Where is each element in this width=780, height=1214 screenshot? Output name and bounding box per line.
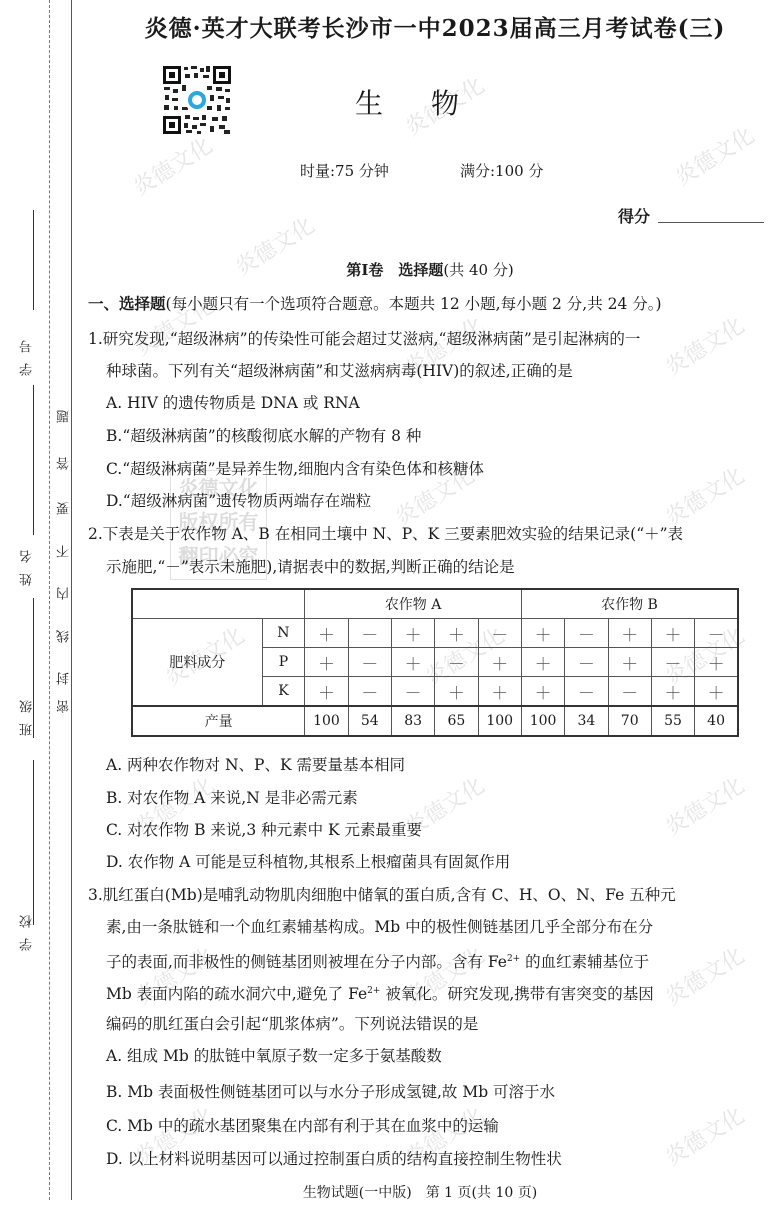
yield-cell: 54 — [348, 706, 391, 736]
school-label: 学校 — [18, 905, 37, 951]
fertilizer-group-label: 肥料成分 — [132, 619, 262, 707]
table-row-yield: 产量 100 54 83 65 100 100 34 70 55 40 — [132, 706, 738, 736]
table-cell: ＋ — [435, 677, 478, 707]
question-1-option-a[interactable]: A. HIV 的遗传物质是 DNA 或 RNA — [106, 393, 360, 413]
question-1-option-c[interactable]: C.“超级淋病菌”是异养生物,细胞内含有染色体和核糖体 — [106, 459, 484, 479]
question-number: 3. — [88, 886, 103, 904]
yield-cell: 34 — [565, 706, 608, 736]
ion-charge: 2+ — [367, 986, 380, 996]
seal-char: 内 — [55, 587, 74, 600]
seal-char: 要 — [55, 502, 74, 515]
question-stem-line: 研究发现,“超级淋病”的传染性可能会超过艾滋病,“超级淋病菌”是引起淋病的一 — [103, 330, 641, 348]
seal-char: 封 — [55, 672, 74, 685]
watermark: 炎德文化 — [658, 459, 749, 532]
seal-char: 线 — [55, 630, 74, 643]
table-cell: ＋ — [521, 648, 564, 677]
section-heading: 一、选择题 — [88, 294, 166, 313]
question-3-stem-cont: 素,由一条肽链和一个血红素辅基构成。Mb 中的极性侧链基团几乎全部分布在分 — [106, 917, 653, 937]
question-3-option-c[interactable]: C. Mb 中的疏水基团聚集在内部有利于其在血浆中的运输 — [106, 1116, 499, 1136]
exam-title: 炎德·英才大联考长沙市一中2023届高三月考试卷(三) — [130, 10, 740, 43]
yield-cell: 100 — [478, 706, 521, 736]
question-3-stem-cont: Mb 表面内陷的疏水洞穴中,避免了 Fe2+ 被氧化。研究发现,携带有害突变的基… — [106, 981, 654, 1004]
table-cell: ＋ — [651, 619, 694, 648]
ion-charge: 2+ — [507, 954, 520, 964]
question-stem-line: 肌红蛋白(Mb)是哺乳动物肌肉细胞中储氧的蛋白质,含有 C、H、O、N、Fe 五… — [103, 886, 676, 904]
element-label: N — [262, 619, 305, 648]
student-name-blank[interactable] — [33, 385, 34, 535]
question-2-stem-cont: 示施肥,“－”表示未施肥),请据表中的数据,判断正确的结论是 — [106, 557, 515, 577]
question-1-option-d[interactable]: D.“超级淋病菌”遗传物质两端存在端粒 — [106, 491, 371, 511]
table-cell: － — [348, 648, 391, 677]
score-input-blank[interactable] — [658, 222, 764, 223]
yield-cell: 65 — [435, 706, 478, 736]
table-cell: － — [565, 677, 608, 707]
crop-b-header: 农作物 B — [521, 589, 738, 619]
table-cell: ＋ — [651, 677, 694, 707]
question-3-stem: 3.肌红蛋白(Mb)是哺乳动物肌肉细胞中储氧的蛋白质,含有 C、H、O、N、Fe… — [88, 885, 676, 905]
table-cell: ＋ — [305, 648, 348, 677]
table-cell: － — [565, 619, 608, 648]
table-cell: ＋ — [521, 619, 564, 648]
table-cell: ＋ — [695, 648, 738, 677]
table-cell: － — [608, 677, 651, 707]
binding-cut-line — [49, 0, 50, 1200]
table-corner-cell — [132, 589, 305, 619]
student-name-label: 姓名 — [18, 540, 37, 586]
yield-label: 产量 — [132, 706, 305, 736]
question-stem-line: 下表是关于农作物 A、B 在相同土壤中 N、P、K 三要素肥效实验的结果记录(“… — [103, 525, 683, 543]
watermark: 炎德文化 — [658, 769, 749, 842]
question-3-stem-cont: 子的表面,而非极性的侧链基团则被埋在分子内部。含有 Fe2+ 的血红素辅基位于 — [106, 949, 649, 972]
table-row-n: 肥料成分 N ＋ － ＋ ＋ － ＋ － ＋ ＋ － — [132, 619, 738, 648]
stem-text: 的血红素辅基位于 — [520, 953, 649, 971]
table-cell: ＋ — [521, 677, 564, 707]
section-instructions: (每小题只有一个选项符合题意。本题共 12 小题,每小题 2 分,共 24 分。… — [166, 295, 662, 313]
stem-text: 被氧化。研究发现,携带有害突变的基因 — [380, 985, 653, 1003]
table-header-row: 农作物 A 农作物 B — [132, 589, 738, 619]
part-one-points: (共 40 分) — [443, 261, 513, 279]
table-cell: － — [435, 648, 478, 677]
page-footer: 生物试题(一中版) 第 1 页(共 10 页) — [0, 1182, 780, 1202]
question-2-option-b[interactable]: B. 对农作物 A 来说,N 是非必需元素 — [106, 788, 358, 808]
table-cell: ＋ — [391, 619, 434, 648]
question-3-option-a[interactable]: A. 组成 Mb 的肽链中氧原子数一定多于氨基酸数 — [106, 1046, 442, 1066]
table-cell: ＋ — [478, 648, 521, 677]
table-cell: － — [565, 648, 608, 677]
question-2-option-d[interactable]: D. 农作物 A 可能是豆科植物,其根系上根瘤菌具有固氮作用 — [106, 852, 510, 872]
yield-cell: 70 — [608, 706, 651, 736]
qr-code-icon[interactable] — [162, 65, 232, 135]
exam-duration: 时量:75 分钟 — [300, 160, 389, 181]
seal-char: 答 — [55, 457, 74, 470]
section-one-header: 一、选择题(每小题只有一个选项符合题意。本题共 12 小题,每小题 2 分,共 … — [88, 294, 662, 314]
table-cell: ＋ — [391, 648, 434, 677]
yield-cell: 100 — [305, 706, 348, 736]
table-cell: ＋ — [478, 677, 521, 707]
table-cell: ＋ — [305, 677, 348, 707]
seal-char: 密 — [55, 700, 74, 713]
question-2-option-c[interactable]: C. 对农作物 B 来说,3 种元素中 K 元素最重要 — [106, 820, 422, 840]
subject-title: 生物 — [355, 82, 507, 122]
stem-text: 子的表面,而非极性的侧链基团则被埋在分子内部。含有 Fe — [106, 953, 507, 971]
element-label: K — [262, 677, 305, 707]
question-1-option-b[interactable]: B.“超级淋病菌”的核酸彻底水解的产物有 8 种 — [106, 426, 421, 446]
school-blank[interactable] — [33, 760, 34, 925]
yield-cell: 100 — [521, 706, 564, 736]
watermark: 炎德文化 — [658, 939, 749, 1012]
crop-a-header: 农作物 A — [305, 589, 522, 619]
watermark: 炎德文化 — [668, 119, 759, 192]
table-cell: － — [695, 619, 738, 648]
fertilizer-results-table: 农作物 A 农作物 B 肥料成分 N ＋ － ＋ ＋ － ＋ － ＋ ＋ － P… — [131, 588, 739, 737]
element-label: P — [262, 648, 305, 677]
table-cell: ＋ — [305, 619, 348, 648]
table-cell: － — [391, 677, 434, 707]
student-number-label: 学号 — [18, 330, 37, 376]
question-2-stem: 2.下表是关于农作物 A、B 在相同土壤中 N、P、K 三要素肥效实验的结果记录… — [88, 524, 683, 544]
seal-char: 题 — [55, 410, 74, 423]
question-2-option-a[interactable]: A. 两种农作物对 N、P、K 需要量基本相同 — [106, 755, 405, 775]
question-3-option-b[interactable]: B. Mb 表面极性侧链基团可以与水分子形成氢键,故 Mb 可溶于水 — [106, 1082, 555, 1102]
score-label: 得分 — [618, 204, 650, 227]
question-1-stem: 1.研究发现,“超级淋病”的传染性可能会超过艾滋病,“超级淋病菌”是引起淋病的一 — [88, 329, 640, 349]
yield-cell: 55 — [651, 706, 694, 736]
question-1-stem-cont: 种球菌。下列有关“超级淋病菌”和艾滋病病毒(HIV)的叙述,正确的是 — [106, 361, 573, 381]
question-3-option-d[interactable]: D. 以上材料说明基因可以通过控制蛋白质的结构直接控制生物性状 — [106, 1149, 562, 1169]
part-one-heading: 第Ⅰ卷 选择题 — [346, 261, 443, 279]
table-cell: － — [478, 619, 521, 648]
stem-text: Mb 表面内陷的疏水洞穴中,避免了 Fe — [106, 985, 367, 1003]
watermark: 炎德文化 — [658, 1099, 749, 1172]
seal-char: 不 — [55, 545, 74, 558]
class-label: 班级 — [18, 690, 37, 736]
binding-margin-line — [71, 0, 72, 1200]
yield-cell: 40 — [695, 706, 738, 736]
watermark: 炎德文化 — [658, 309, 749, 382]
yield-cell: 83 — [391, 706, 434, 736]
question-number: 2. — [88, 525, 103, 543]
table-cell: － — [348, 619, 391, 648]
table-cell: － — [348, 677, 391, 707]
full-score: 满分:100 分 — [460, 160, 543, 181]
part-one-title: 第Ⅰ卷 选择题(共 40 分) — [0, 259, 780, 280]
watermark: 炎德文化 — [126, 129, 217, 202]
table-cell: ＋ — [435, 619, 478, 648]
question-3-stem-cont: 编码的肌红蛋白会引起“肌浆体病”。下列说法错误的是 — [106, 1014, 478, 1034]
table-cell: ＋ — [608, 619, 651, 648]
question-number: 1. — [88, 330, 103, 348]
table-cell: ＋ — [608, 648, 651, 677]
table-cell: ＋ — [695, 677, 738, 707]
table-cell: － — [651, 648, 694, 677]
